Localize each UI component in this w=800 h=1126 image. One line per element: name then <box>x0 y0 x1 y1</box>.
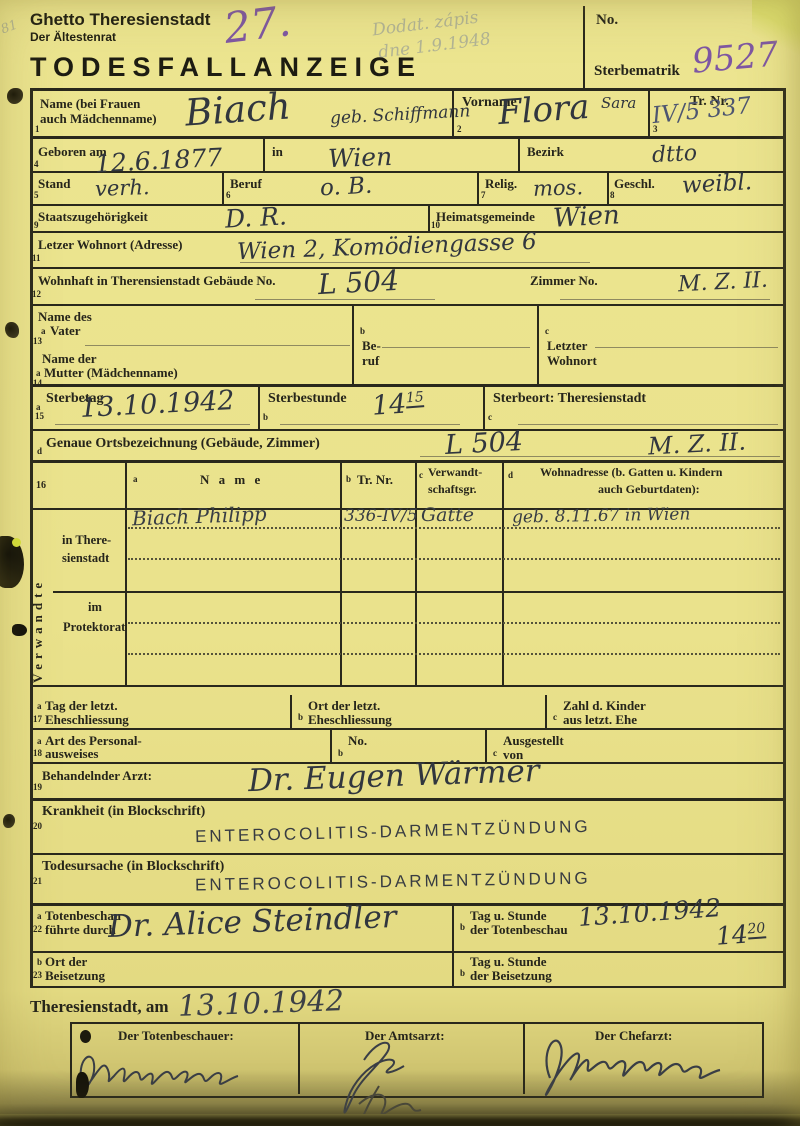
beruf-value: o. B. <box>319 173 373 202</box>
totenbeschau-date: 13.10.1942 <box>577 893 722 932</box>
bezirk-value: dtto <box>651 141 697 168</box>
ausweis-label-line2: ausweises <box>45 746 98 762</box>
krankheit-value: ENTEROCOLITIS-DARMENTZÜNDUNG <box>195 817 591 847</box>
punch-hole <box>3 814 15 828</box>
tape-highlight <box>12 538 21 547</box>
chefarzt-signature <box>528 1026 768 1096</box>
vater-label-line2: Vater <box>50 323 81 339</box>
ausweis-prefix: a <box>37 736 42 746</box>
field-num-2: 2 <box>457 124 462 134</box>
ink-blot <box>12 624 27 636</box>
field-num-6: 6 <box>226 190 231 200</box>
sterbeort-label: Sterbeort: Theresienstadt <box>493 391 646 407</box>
sterbeort-prefix: c <box>488 412 492 422</box>
name-label-line2: auch Mädchenname) <box>40 111 157 127</box>
name-value: Biach <box>184 84 292 134</box>
field-num-16: 16 <box>36 480 46 491</box>
form-title: TODESFALLANZEIGE <box>30 52 422 83</box>
field-num-20: 20 <box>33 821 42 831</box>
field-num-14: 14 <box>33 378 42 388</box>
field-num-5: 5 <box>34 190 39 200</box>
border-bottom <box>30 986 786 988</box>
stand-value: verh. <box>95 175 150 201</box>
relatives-col-wohn-line2: auch Geburtdaten): <box>598 482 700 497</box>
org-subtitle: Der Ältestenrat <box>30 30 116 44</box>
ortsbez-value2: M. Z. II. <box>647 427 746 460</box>
field-num-23: 23 <box>33 970 42 980</box>
eltern-wohnort-prefix: c <box>545 326 549 336</box>
totenbeschau-prefix: a <box>37 911 42 921</box>
field-num-21: 21 <box>33 876 42 886</box>
relative-wohnadresse: geb. 8.11.67 in Wien <box>512 504 691 527</box>
geboren-in-value: Wien <box>328 142 393 173</box>
field-num-8: 8 <box>610 190 615 200</box>
heimat-value: Wien <box>552 200 620 233</box>
scan-edge-bottom <box>0 1114 800 1126</box>
wohnort-label: Letzer Wohnort (Adresse) <box>38 237 182 253</box>
field-num-10: 10 <box>431 220 440 230</box>
relatives-col-wohn-line1: Wohnadresse (b. Gatten u. Kindern <box>540 465 722 480</box>
doc-number-pencil: 27. <box>221 0 293 53</box>
vorname-added-name: Sara <box>601 94 636 112</box>
totenbeschau-zeit-label-line2: der Totenbeschau <box>470 922 568 938</box>
relatives-section1-line2: sienstadt <box>62 551 109 566</box>
relatives-col-verw-line2: schaftsgr. <box>428 482 477 497</box>
relative-trnr: 336-IV/5 <box>344 506 418 526</box>
relatives-section1-line1: in There- <box>62 533 111 548</box>
wohnhaft-value: L 504 <box>317 264 400 301</box>
heimat-label: Heimatsgemeinde <box>436 209 535 225</box>
todesursache-label: Todesursache (in Blockschrift) <box>42 859 224 875</box>
ortsbez-prefix: d <box>37 446 42 456</box>
footer-place-label: Theresienstadt, am <box>30 997 169 1017</box>
mutter-label-line2: Mutter (Mädchenname) <box>44 365 178 381</box>
sterbestunde-label: Sterbestunde <box>268 391 347 407</box>
relatives-col-b-prefix: b <box>346 474 351 484</box>
ausweis-no-label: No. <box>348 733 367 749</box>
ausweis-no-prefix: b <box>338 748 343 758</box>
zimmer-label: Zimmer No. <box>530 273 598 289</box>
arzt-value: Dr. Eugen Wärmer <box>247 753 540 799</box>
stand-label: Stand <box>38 176 71 192</box>
relatives-col-trnr: Tr. Nr. <box>357 472 393 488</box>
field-num-1: 1 <box>35 124 40 134</box>
field-num-7: 7 <box>481 190 486 200</box>
sterbematrik-label: Sterbematrik <box>594 63 680 80</box>
totenbeschauer-signature <box>72 1038 282 1096</box>
beisetzung-zeit-label-line2: der Beisetzung <box>470 968 552 984</box>
geschl-value: weibl. <box>681 169 752 199</box>
ortsbez-value1: L 504 <box>444 426 524 461</box>
ehe-kinder-prefix: c <box>553 712 557 722</box>
field-num-17: 17 <box>33 714 42 724</box>
punch-hole <box>7 88 23 104</box>
ortsbez-label: Genaue Ortsbezeichnung (Gebäude, Zimmer) <box>46 436 320 452</box>
trnr-value: IV/5 337 <box>651 93 752 129</box>
header-divider <box>583 6 585 88</box>
corner-fold <box>752 0 800 58</box>
relatives-col-name: N a m e <box>200 472 263 488</box>
mutter-prefix: a <box>36 368 41 378</box>
eltern-wohnort-label-line1: Letzter <box>547 338 587 354</box>
relative-verwandtschaft: Gatte <box>421 504 474 526</box>
ehe-ort-prefix: b <box>298 712 303 722</box>
footer-date: 13.10.1942 <box>177 983 344 1023</box>
field-num-15: 15 <box>35 411 44 421</box>
totenbeschau-label-line2: führte durch <box>45 922 116 938</box>
ehe-ort-label-line2: Eheschliessung <box>308 712 392 728</box>
ehe-kinder-label-line2: aus letzt. Ehe <box>563 712 637 728</box>
sterbestunde-value: 1415 <box>371 387 425 422</box>
eltern-wohnort-label-line2: Wohnort <box>547 353 597 369</box>
death-notice-form: Ghetto Theresienstadt Der Ältestenrat 27… <box>0 0 800 1126</box>
field-num-4: 4 <box>34 159 39 169</box>
field-num-9: 9 <box>34 220 39 230</box>
relig-value: mos. <box>533 175 584 201</box>
relatives-side-label: Verwandte <box>30 515 46 683</box>
beisetzung-prefix: b <box>37 957 42 967</box>
staat-label: Staatszugehörigkeit <box>38 209 148 225</box>
ehe-label-line2: Eheschliessung <box>45 712 129 728</box>
zimmer-value: M. Z. II. <box>677 268 768 298</box>
vater-prefix: a <box>41 326 46 336</box>
beisetzung-zeit-prefix: b <box>460 968 465 978</box>
relative-name: Biach Philipp <box>132 502 267 531</box>
beisetzung-label-line2: Beisetzung <box>45 968 105 984</box>
eltern-beruf-prefix: b <box>360 326 365 336</box>
beruf-label: Beruf <box>230 176 262 192</box>
margin-pencil-mark: 81 <box>0 18 20 38</box>
name-maiden-value: geb. Schiffmann <box>330 101 471 128</box>
geschl-label: Geschl. <box>614 176 655 192</box>
field-num-13: 13 <box>33 336 42 346</box>
name-label-line1: Name (bei Frauen <box>40 96 140 112</box>
relatives-col-d-prefix: d <box>508 470 513 480</box>
relig-label: Relig. <box>485 176 517 192</box>
wohnhaft-label: Wohnhaft in Therensienstadt Gebäude No. <box>38 273 276 289</box>
border-top <box>30 88 786 91</box>
staat-value: D. R. <box>224 201 287 233</box>
relatives-col-verw-line1: Verwandt- <box>428 465 482 480</box>
sterbestunde-prefix: b <box>263 412 268 422</box>
org-name: Ghetto Theresienstadt <box>30 10 210 30</box>
totenbeschau-time: 1420 <box>715 918 767 950</box>
field-num-18: 18 <box>33 748 42 758</box>
totenbeschau-zeit-prefix: b <box>460 922 465 932</box>
geboren-in-label: in <box>272 144 283 160</box>
relatives-section2-line2: Protektorat <box>63 620 125 635</box>
wohnort-value: Wien 2, Komödiengasse 6 <box>237 229 537 265</box>
bezirk-label: Bezirk <box>527 144 564 160</box>
field-num-19: 19 <box>33 782 42 792</box>
relatives-col-c-prefix: c <box>419 470 423 480</box>
vorname-value: Flora <box>497 87 591 133</box>
ink-blot <box>80 1030 91 1043</box>
field-num-22: 22 <box>33 924 42 934</box>
eltern-beruf-label-line1: Be- <box>362 338 381 354</box>
field-num-12: 12 <box>32 289 41 299</box>
ehe-prefix: a <box>37 701 42 711</box>
field-num-11: 11 <box>32 253 41 263</box>
eltern-beruf-label-line2: ruf <box>362 353 379 369</box>
relatives-col-a-prefix: a <box>133 474 138 484</box>
sterbetag-value: 13.10.1942 <box>79 385 235 424</box>
relatives-section2-line1: im <box>88 600 102 615</box>
krankheit-label: Krankheit (in Blockschrift) <box>42 804 205 820</box>
geboren-value: 12.6.1877 <box>94 143 223 179</box>
todesursache-value: ENTEROCOLITIS-DARMENTZÜNDUNG <box>195 869 591 896</box>
arzt-label: Behandelnder Arzt: <box>42 768 152 784</box>
punch-hole <box>5 322 19 338</box>
no-label: No. <box>596 12 618 29</box>
